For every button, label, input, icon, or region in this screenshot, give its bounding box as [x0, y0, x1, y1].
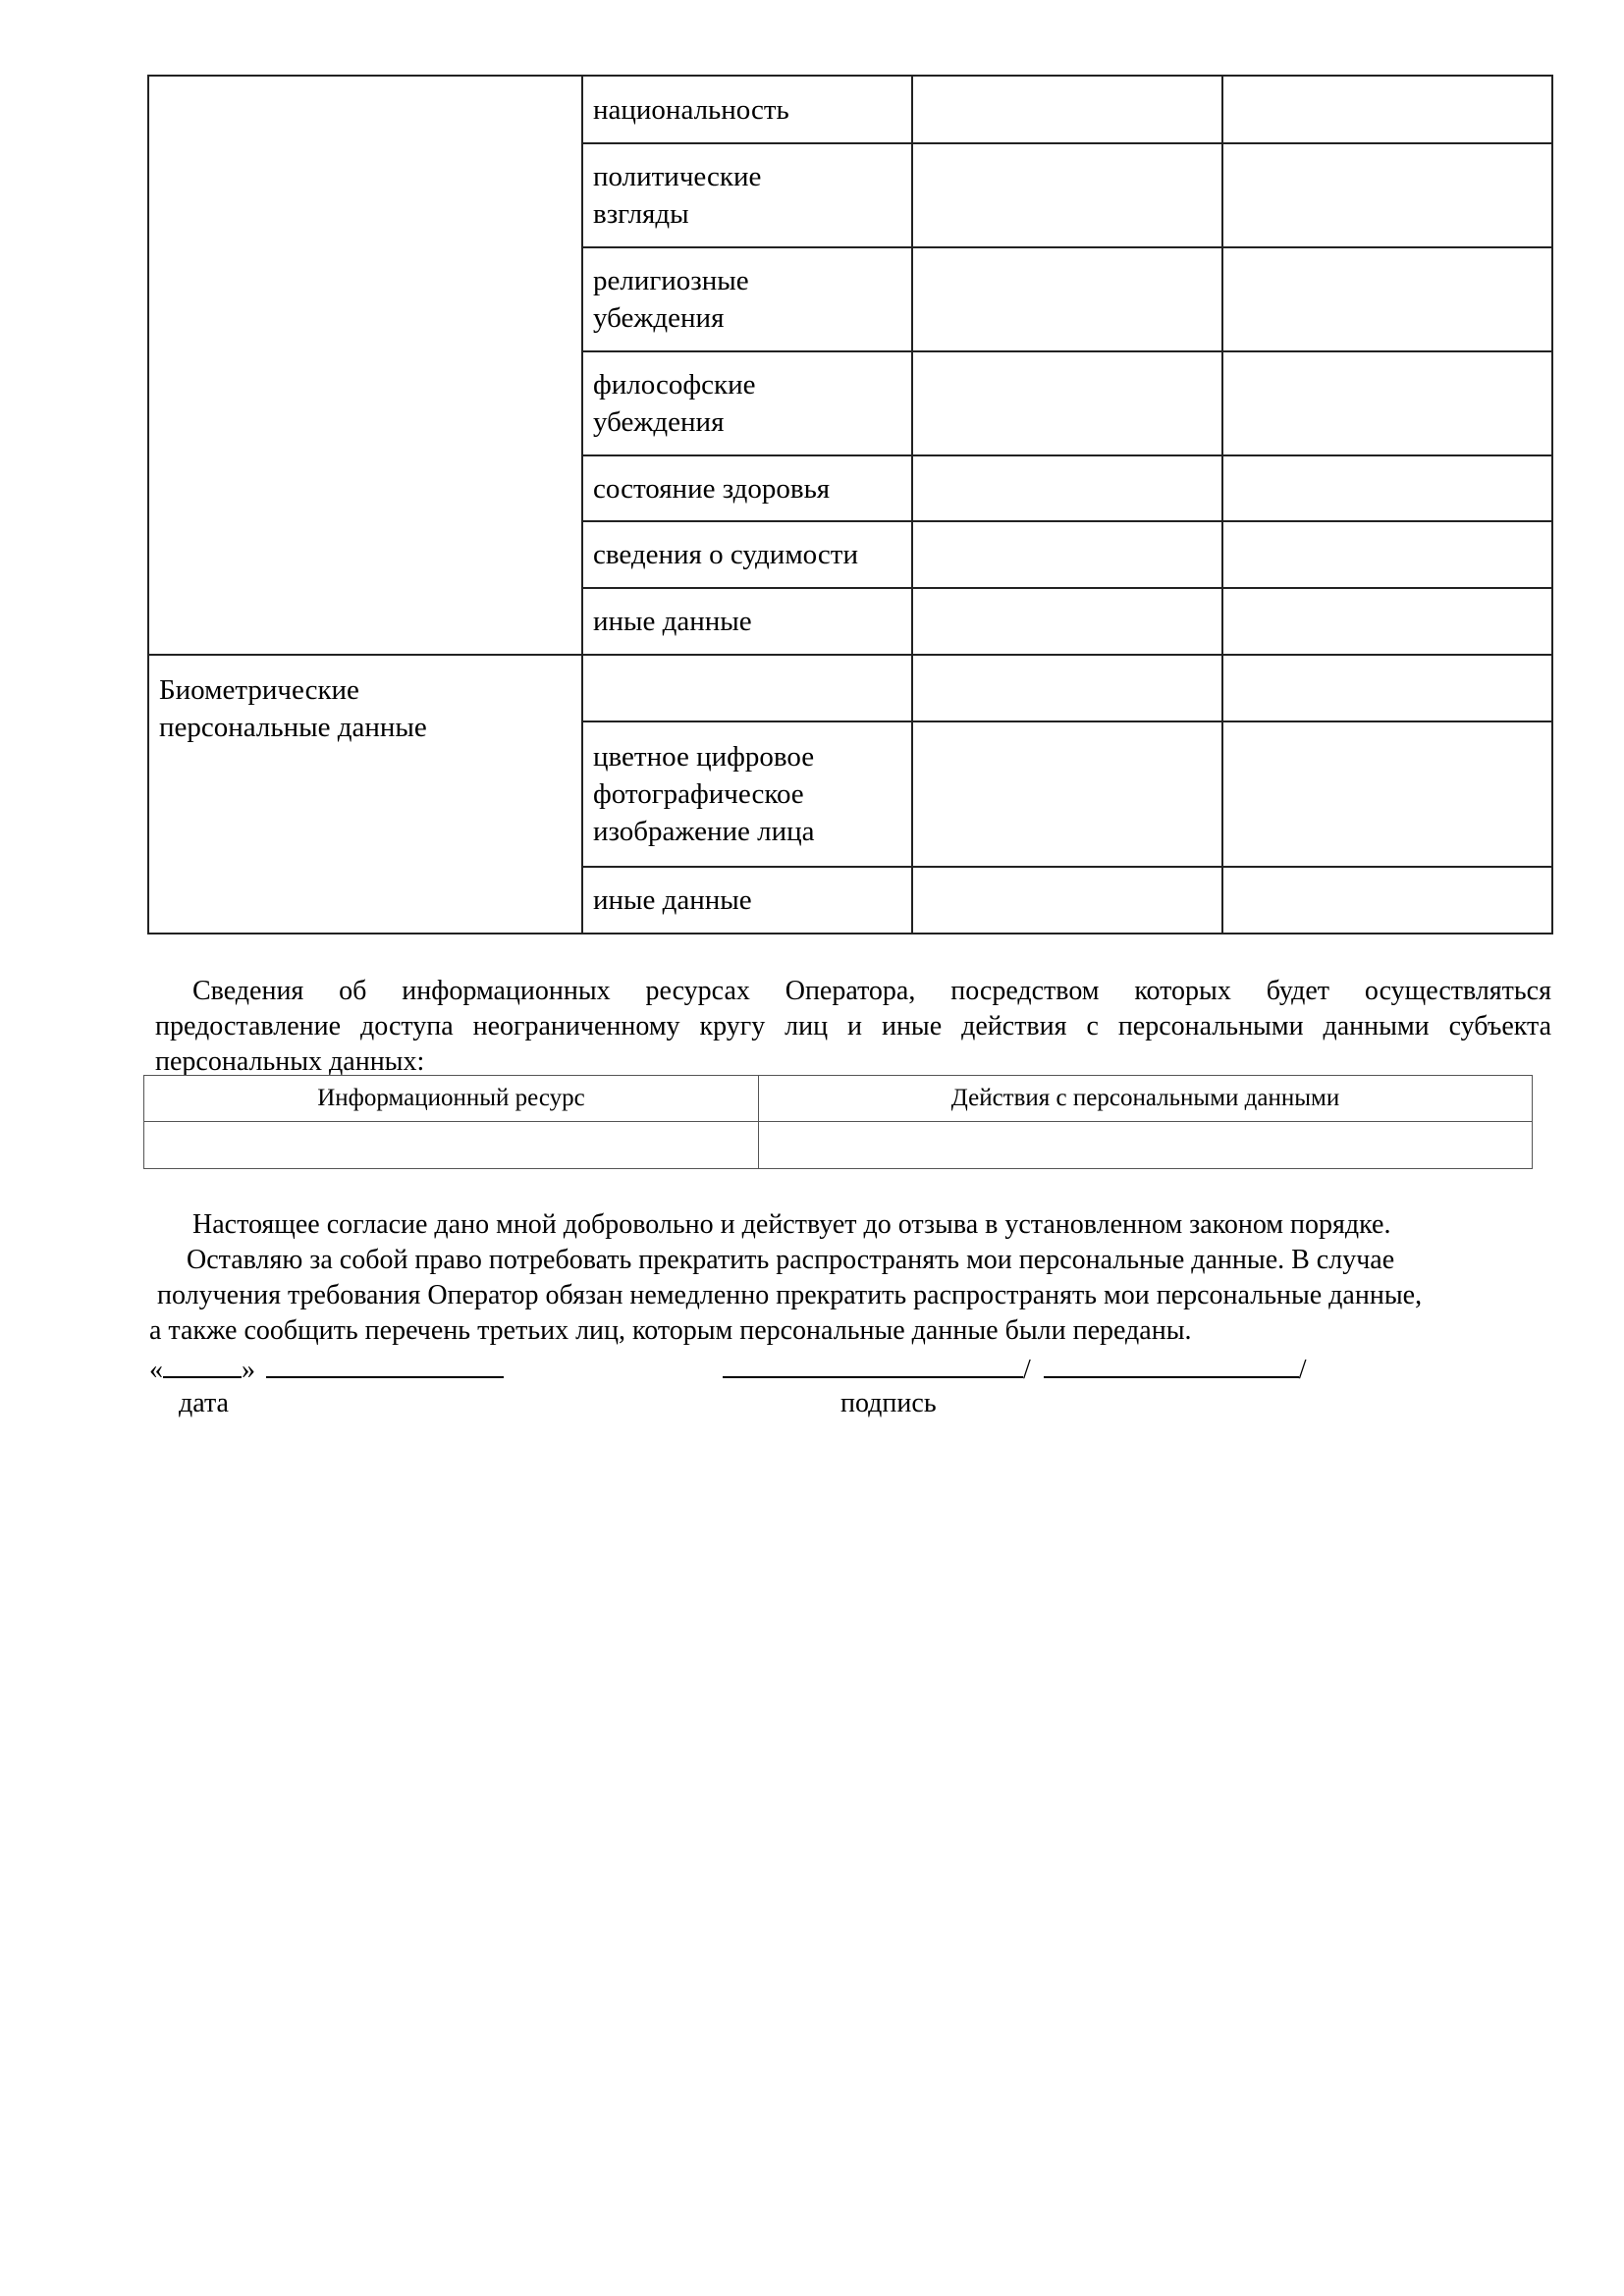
- category-cell: [148, 76, 582, 655]
- value-cell[interactable]: [912, 867, 1222, 934]
- open-quote: «: [149, 1355, 163, 1385]
- value-cell[interactable]: [1222, 247, 1552, 351]
- value-cell[interactable]: [912, 76, 1222, 143]
- value-cell[interactable]: [1222, 455, 1552, 521]
- day-field[interactable]: [163, 1351, 242, 1378]
- consent-line: получения требования Оператор обязан нем…: [157, 1278, 1422, 1313]
- signature-row: «» / /: [149, 1351, 1307, 1388]
- name-field[interactable]: [1044, 1351, 1299, 1378]
- resources-intro-line: предоставление доступа неограниченному к…: [155, 1009, 1551, 1044]
- close-quote: »: [242, 1355, 255, 1385]
- value-cell[interactable]: [1222, 588, 1552, 655]
- value-cell[interactable]: [1222, 143, 1552, 247]
- table-row: [144, 1122, 1533, 1169]
- resources-intro-paragraph: Сведения об информационных ресурсах Опер…: [155, 974, 1551, 1080]
- consent-line: а также сообщить перечень третьих лиц, к…: [149, 1313, 1192, 1349]
- value-cell[interactable]: [912, 521, 1222, 588]
- value-cell[interactable]: [912, 455, 1222, 521]
- item-cell: состояние здоровья: [582, 455, 912, 521]
- resources-intro-line: Сведения об информационных ресурсах Опер…: [155, 974, 1551, 1009]
- item-cell: [582, 655, 912, 721]
- slash: /: [1299, 1355, 1307, 1385]
- column-header-actions: Действия с персональными данными: [759, 1076, 1533, 1122]
- information-resources-table: Информационный ресурс Действия с персона…: [143, 1075, 1533, 1169]
- item-cell: цветное цифровое фотографическое изображ…: [582, 721, 912, 867]
- date-label: дата: [179, 1386, 229, 1421]
- value-cell[interactable]: [1222, 721, 1552, 867]
- value-cell[interactable]: [912, 588, 1222, 655]
- table-header-row: Информационный ресурс Действия с персона…: [144, 1076, 1533, 1122]
- table-row: национальность: [148, 76, 1552, 143]
- actions-cell[interactable]: [759, 1122, 1533, 1169]
- signature-label: подпись: [840, 1386, 937, 1421]
- item-cell: политические взгляды: [582, 143, 912, 247]
- value-cell[interactable]: [912, 721, 1222, 867]
- signature-field[interactable]: [723, 1351, 1023, 1378]
- personal-data-categories-table: национальность политические взгляды рели…: [147, 75, 1553, 934]
- table-row: Биометрические персональные данные: [148, 655, 1552, 721]
- value-cell[interactable]: [1222, 76, 1552, 143]
- item-cell: национальность: [582, 76, 912, 143]
- column-header-resource: Информационный ресурс: [144, 1076, 759, 1122]
- item-cell: религиозные убеждения: [582, 247, 912, 351]
- value-cell[interactable]: [912, 655, 1222, 721]
- value-cell[interactable]: [912, 143, 1222, 247]
- value-cell[interactable]: [1222, 655, 1552, 721]
- value-cell[interactable]: [912, 351, 1222, 455]
- month-year-field[interactable]: [266, 1351, 504, 1378]
- category-cell-biometric: Биометрические персональные данные: [148, 655, 582, 934]
- consent-line: Настоящее согласие дано мной добровольно…: [192, 1207, 1390, 1243]
- value-cell[interactable]: [1222, 521, 1552, 588]
- item-cell: иные данные: [582, 867, 912, 934]
- consent-line: Оставляю за собой право потребовать прек…: [187, 1243, 1394, 1278]
- value-cell[interactable]: [1222, 351, 1552, 455]
- item-cell: сведения о судимости: [582, 521, 912, 588]
- resource-cell[interactable]: [144, 1122, 759, 1169]
- item-cell: философские убеждения: [582, 351, 912, 455]
- slash: /: [1023, 1355, 1031, 1385]
- value-cell[interactable]: [1222, 867, 1552, 934]
- value-cell[interactable]: [912, 247, 1222, 351]
- item-cell: иные данные: [582, 588, 912, 655]
